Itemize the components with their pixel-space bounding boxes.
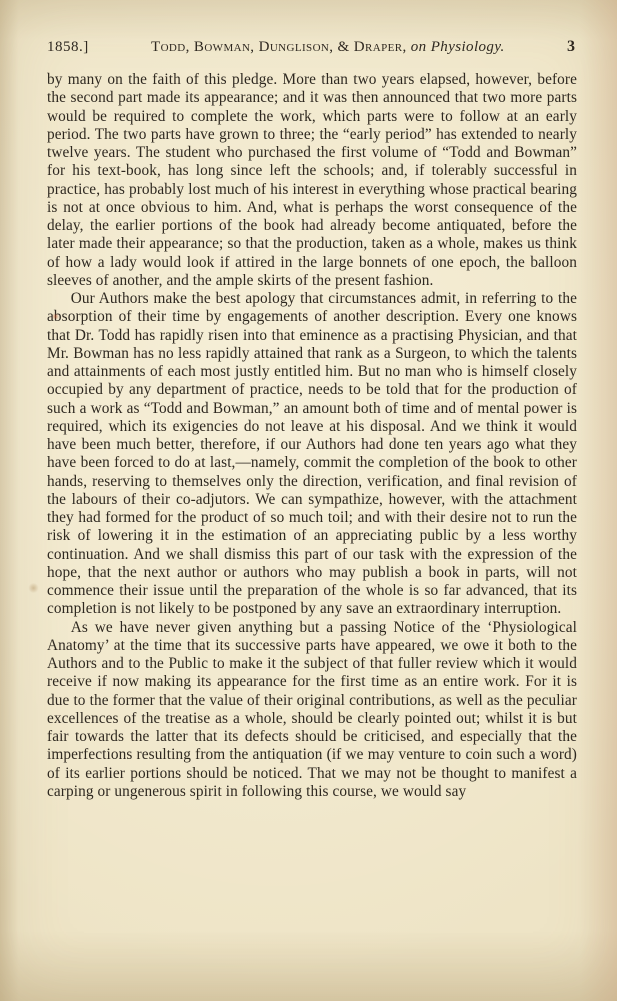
- paragraph-authors-apology: Our Authors make the best apology that c…: [47, 290, 577, 619]
- scanned-book-page: 1858.] Todd, Bowman, Dunglison, & Draper…: [0, 0, 617, 1001]
- paragraph-continuation: by many on the faith of this pledge. Mor…: [47, 71, 577, 290]
- paragraph-review-intent: As we have never given anything but a pa…: [47, 619, 577, 802]
- page-body-text: by many on the faith of this pledge. Mor…: [47, 71, 577, 801]
- paper-stain: [28, 583, 39, 593]
- running-header: 1858.] Todd, Bowman, Dunglison, & Draper…: [47, 38, 577, 56]
- running-title-authors: Todd, Bowman, Dunglison, & Draper,: [151, 39, 407, 55]
- page-number: 3: [567, 38, 577, 56]
- running-title: Todd, Bowman, Dunglison, & Draper, on Ph…: [89, 38, 567, 56]
- header-year-marker: 1858.]: [47, 38, 89, 56]
- running-title-subject: on Physiology.: [411, 39, 505, 55]
